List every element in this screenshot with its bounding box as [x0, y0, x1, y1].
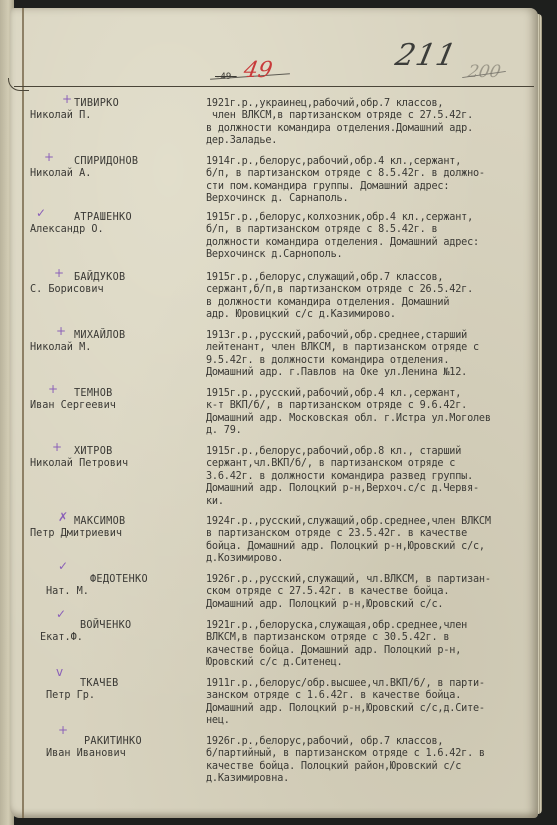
- surname: ВОЙЧЕНКО: [80, 620, 131, 632]
- biography: 1924г.р.,русский,служащий,обр.среднее,чл…: [206, 516, 536, 566]
- given-name: Нат. М.: [46, 586, 89, 598]
- plus-mark-icon: +: [58, 724, 68, 736]
- surname: РАКИТИНКО: [84, 736, 142, 748]
- given-name: Иван Сергеевич: [30, 400, 116, 412]
- given-name: С. Борисович: [30, 284, 104, 296]
- binding-margin-line: [22, 8, 24, 818]
- given-name: Николай Петрович: [30, 458, 128, 470]
- biography: 1921г.р.,белоруска,служащая,обр.среднее,…: [206, 620, 536, 670]
- given-name: Николай П.: [30, 110, 91, 122]
- archive-page-number: 211: [392, 38, 460, 73]
- surname: МИХАЙЛОВ: [74, 330, 125, 342]
- surname: СПИРИДОНОВ: [74, 156, 138, 168]
- given-name: Иван Иванович: [46, 748, 126, 760]
- surname: ТИВИРКО: [74, 98, 119, 110]
- checkmark-icon: ✓: [56, 608, 66, 620]
- given-name: Александр О.: [30, 224, 104, 236]
- surname: ФЕДОТЕНКО: [90, 574, 148, 586]
- given-name: Петр Дмитриевич: [30, 528, 122, 540]
- biography: 1915г.р.,белорус,колхозник,обр.4 кл.,сер…: [206, 212, 536, 262]
- biography: 1914г.р.,белорус,рабочий,обр.4 кл.,сержа…: [206, 156, 536, 206]
- biography: 1911г.р.,белорус/обр.высшее,чл.ВКП/б/, в…: [206, 678, 536, 728]
- surname: ТКАЧЕВ: [80, 678, 119, 690]
- biography: 1915г.р.,русский,рабочий,обр.4 кл.,сержа…: [206, 388, 536, 438]
- plus-mark-icon: +: [48, 383, 58, 395]
- plus-mark-icon: +: [44, 151, 54, 163]
- cross-mark-icon: ✗: [58, 511, 68, 523]
- surname: БАЙДУКОВ: [74, 272, 125, 284]
- given-name: Екат.Ф.: [40, 632, 83, 644]
- document-page: -49- 49 211 200 + ТИВИРКО Николай П. 192…: [10, 8, 538, 818]
- checkmark-icon: ✓: [36, 207, 46, 219]
- biography: 1915г.р.,белорус,рабочий,обр.8 кл., стар…: [206, 446, 536, 508]
- plus-mark-icon: +: [52, 441, 62, 453]
- plus-mark-icon: +: [56, 325, 66, 337]
- plus-mark-icon: +: [54, 267, 64, 279]
- checkmark-icon: v: [56, 666, 63, 678]
- given-name: Николай А.: [30, 168, 91, 180]
- given-name: Николай М.: [30, 342, 91, 354]
- red-folio-number: 49: [242, 58, 274, 83]
- checkmark-icon: ✓: [58, 560, 68, 572]
- surname: ХИТРОВ: [74, 446, 113, 458]
- biography: 1926г.р.,русский,служащий, чл.ВЛКСМ, в п…: [206, 574, 536, 611]
- plus-mark-icon: +: [62, 93, 72, 105]
- biography: 1926г.р.,белорус,рабочий, обр.7 классов,…: [206, 736, 536, 786]
- header-rule: [14, 86, 534, 87]
- biography: 1915г.р.,белорус,служащий,обр.7 классов,…: [206, 272, 536, 322]
- surname: АТРАШЕНКО: [74, 212, 132, 224]
- given-name: Петр Гр.: [46, 690, 95, 702]
- surname: ТЕМНОВ: [74, 388, 113, 400]
- biography: 1921г.р.,украинец,рабочий,обр.7 классов,…: [206, 98, 536, 148]
- surname: МАКСИМОВ: [74, 516, 125, 528]
- biography: 1913г.р.,русский,рабочий,обр.среднее,ста…: [206, 330, 536, 380]
- header-rule-curve: [8, 78, 29, 91]
